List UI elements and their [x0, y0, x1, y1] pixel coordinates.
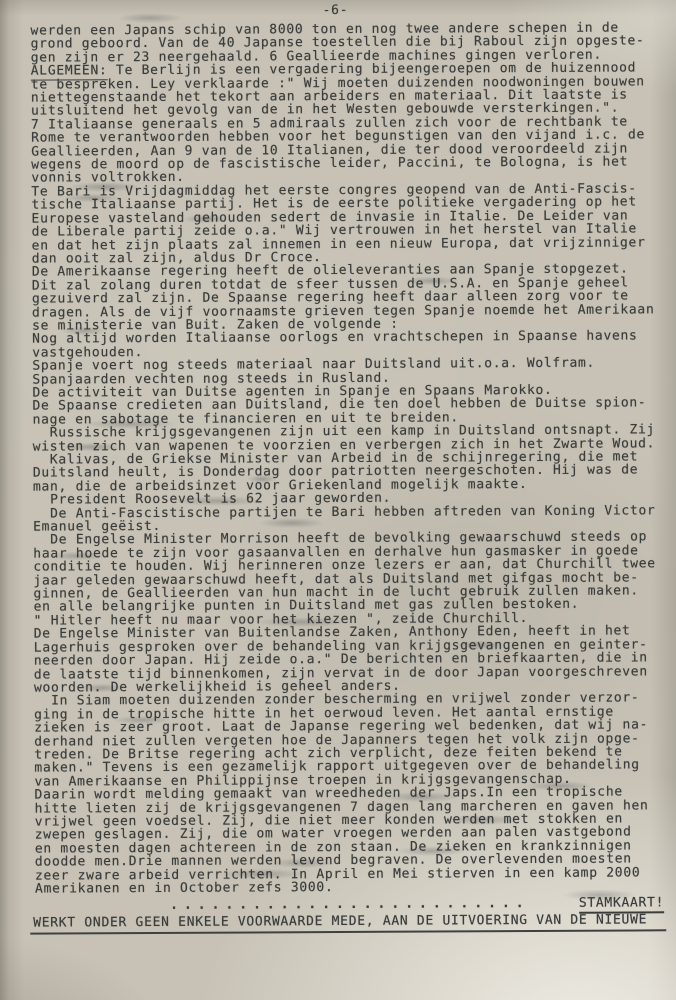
page-content: -6- werden een Japans schip van 8000 ton…: [0, 0, 676, 1000]
text-line: wegens de moord op de fascistische leide…: [31, 155, 666, 172]
stamkaart-word: STAMKAART!: [579, 897, 664, 914]
document-body: werden een Japans schip van 8000 ton en …: [0, 16, 676, 896]
text-line: en dat het zijn plaats zal innemen in ee…: [32, 236, 667, 253]
text-line: zeer zware arbeid verrichten. In April e…: [35, 866, 670, 883]
text-line: De Anti-Fascistische partijen te Bari he…: [33, 504, 668, 521]
dotted-leader: ..........................: [170, 897, 530, 913]
closing-underlined-line: WERKT ONDER GEEN ENKELE VOORWAARDE MEDE,…: [30, 914, 666, 935]
scanned-document-page: -6- werden een Japans schip van 8000 ton…: [0, 0, 676, 1000]
